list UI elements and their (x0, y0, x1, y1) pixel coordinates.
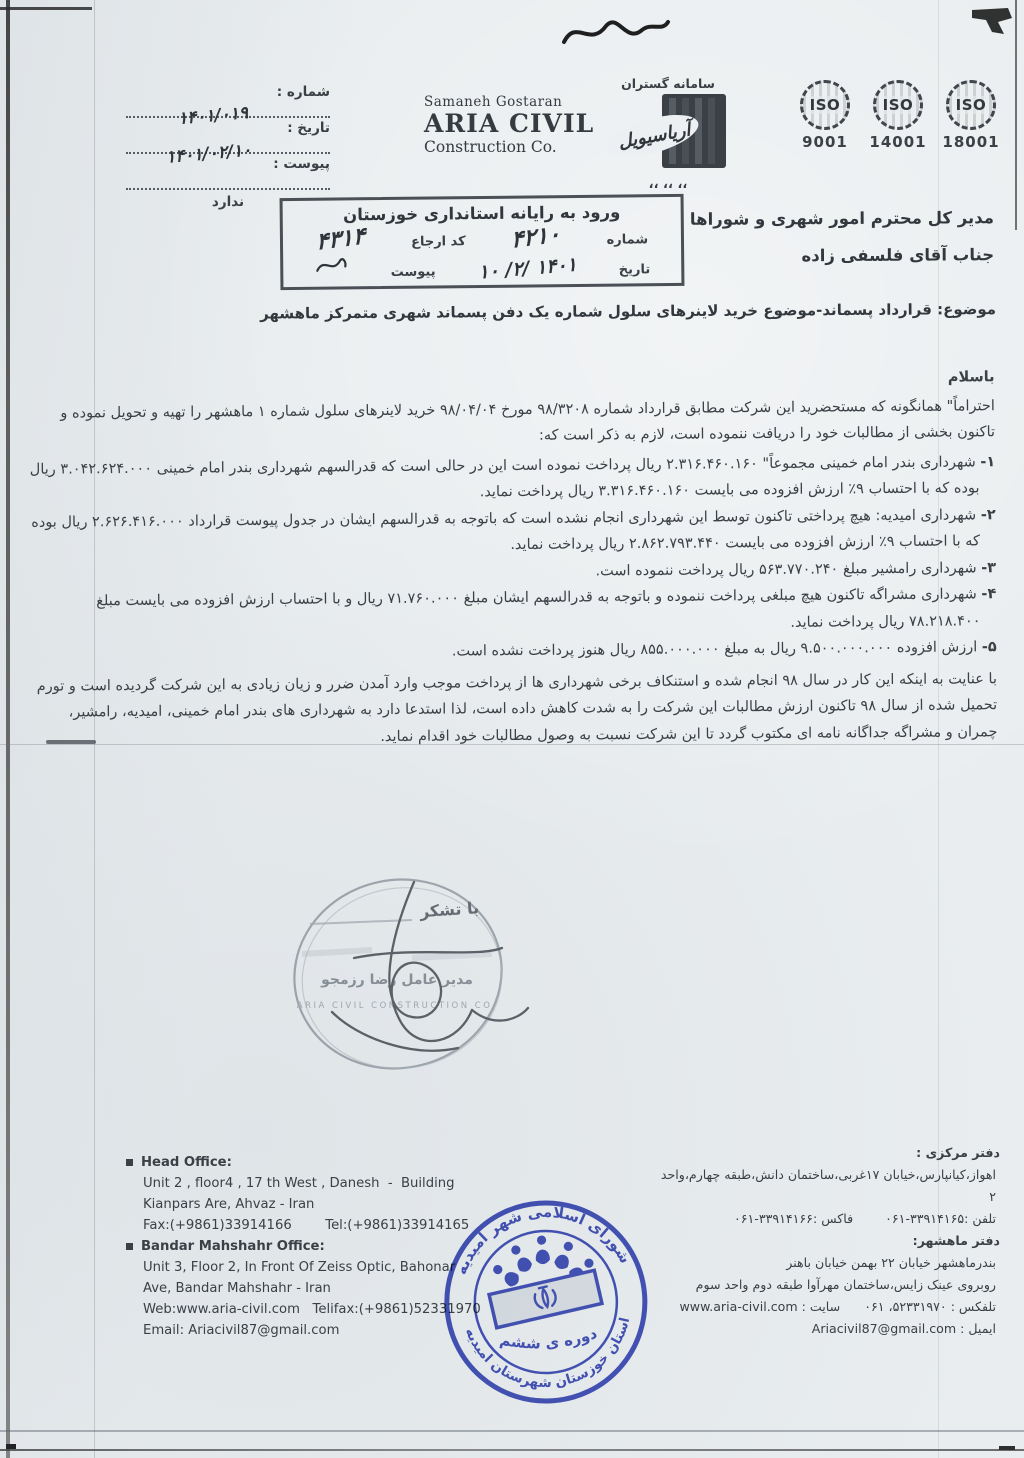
governorate-entry-stamp: ورود به رایانه استانداری خوزستان شماره ۴… (280, 194, 685, 290)
iso-certifications: ISO 9001 ISO 14001 ISO 18001 (796, 80, 1008, 151)
entry-refcode-value: ۴۳۱۴ (316, 223, 366, 256)
scan-edge-right (1015, 0, 1017, 230)
iso-label: ISO (955, 96, 988, 114)
entry-refcode-label: کد ارجاع (411, 234, 466, 250)
handwritten-scribble-icon (314, 254, 348, 276)
entry-attachment-label: پیوست (391, 264, 436, 279)
ref-number-label: شماره : (277, 84, 330, 100)
item-text: ارزش افزوده ۹.۵۰۰.۰۰۰.۰۰۰ ریال به مبلغ ۸… (452, 639, 978, 659)
mahshahr-office-title: دفتر ماهشهر: (658, 1230, 1000, 1252)
bullet-square-icon (126, 1243, 133, 1250)
scan-corner-blob-icon (968, 6, 1014, 36)
list-item: ۲- شهرداری امیدیه: هیچ پرداختی تاکنون تو… (28, 502, 996, 563)
entry-stamp-date-row: تاریخ ۱۴۰۱ /۲/ ۱۰ پیوست (293, 251, 671, 282)
scanned-letter-page: شماره : تاریخ : پیوست : ۱۴۰۱/۰۱۹ ۱۴۰۱/۰۲… (0, 0, 1024, 1458)
head-office-title: Head Office: (141, 1152, 232, 1173)
iso-globe-icon: ISO (946, 80, 996, 130)
logo-company-name: ARIA CIVIL (424, 110, 602, 138)
stamp-term-text: دوره ی ششم (497, 1324, 600, 1356)
scan-scribble-icon (560, 14, 672, 52)
entry-stamp-title: ورود به رایانه استانداری خوزستان (293, 202, 671, 225)
ref-attachment-label: پیوست : (273, 156, 330, 172)
entry-date-label: تاریخ (619, 262, 651, 277)
letter-body: باسلام احتراماً" همانگونه که مستحضرید ای… (27, 364, 998, 753)
iso-9001-badge: ISO 9001 (796, 80, 854, 151)
iso-label: ISO (882, 96, 915, 114)
recipient-line1: مدیر کل محترم امور شهری و شوراها (690, 199, 994, 238)
logo-mark: سامانه گستران آریاسیویل ،، ،، ،، (606, 76, 730, 192)
scan-corner-mark (6, 1444, 16, 1449)
branch-office-title: Bandar Mahshahr Office: (141, 1236, 325, 1257)
item-number: ۵- (982, 639, 997, 655)
iso-number: 9001 (796, 133, 854, 151)
mahshahr-office-email: ایمیل : Ariacivil87@gmail.com (658, 1318, 1000, 1340)
logo-tick-marks: ،، ،، ،، (606, 177, 730, 192)
claims-list: ۱- شهرداری بندر امام خمینی مجموعاً" ۲.۳۱… (27, 449, 997, 669)
central-office-address: اهواز،کیانپارس،خیابان ۱۷غربی،ساختمان دان… (658, 1164, 1000, 1208)
company-seal-and-signature: با تشکر مدیر عامل رضا رزمجو ARIA CIVIL C… (262, 862, 538, 1094)
item-number: ۳- (981, 560, 996, 576)
subject-line: موضوع: قرارداد پسماند-موضوع خرید لاینرها… (28, 300, 996, 324)
item-text: شهرداری امیدیه: هیچ پرداختی تاکنون توسط … (31, 507, 980, 553)
item-text: شهرداری بندر امام خمینی مجموعاً" ۲.۳۱۶.۴… (30, 454, 980, 500)
entry-number-value: ۴۲۱۰ (511, 221, 561, 254)
iso-globe-icon: ISO (800, 80, 850, 130)
logo-subtitle: Samaneh Gostaran (424, 94, 602, 110)
iso-14001-badge: ISO 14001 (869, 80, 927, 151)
scan-edge-bottom (0, 1449, 1024, 1451)
scan-edge-top (0, 7, 92, 10)
scan-corner-mark (999, 1446, 1015, 1450)
logo-company-type: Construction Co. (424, 138, 602, 156)
central-office-title: دفتر مرکزی : (658, 1142, 1000, 1164)
item-number: ۴- (981, 586, 996, 602)
iso-number: 14001 (869, 133, 927, 151)
ref-date-label: تاریخ : (287, 120, 330, 136)
closing-paragraph: با عنایت به اینکه این کار در سال ۹۸ انجا… (29, 666, 998, 753)
logo-english-text: Samaneh Gostaran ARIA CIVIL Construction… (424, 94, 602, 156)
iso-globe-icon: ISO (873, 80, 923, 130)
company-logo: Samaneh Gostaran ARIA CIVIL Construction… (424, 76, 730, 196)
mahshahr-office-address: روبروی عینک زایس،ساختمان مهرآوا طبقه دوم… (658, 1274, 1000, 1296)
list-item: ۴- شهرداری مشراگه تاکنون هیچ مبلغی پرداخ… (28, 581, 996, 642)
head-office-title-row: Head Office: (126, 1152, 562, 1173)
mahshahr-office-telfax-web: تلفکس : ۵۲۳۳۱۹۷۰، ۰۶۱ سایت : www.aria-ci… (658, 1296, 1000, 1318)
bullet-square-icon (126, 1159, 133, 1166)
recipient-block: مدیر کل محترم امور شهری و شوراها جناب آق… (690, 199, 994, 275)
entry-stamp-number-row: شماره ۴۲۱۰ کد ارجاع ۴۳۱۴ (293, 223, 671, 253)
iso-label: ISO (809, 96, 842, 114)
item-text: شهرداری رامشیر مبلغ ۵۶۳.۷۷۰.۲۴۰ ریال پرد… (595, 560, 976, 579)
item-number: ۱- (980, 454, 995, 470)
iso-18001-badge: ISO 18001 (942, 80, 1000, 151)
central-office-phone-fax: تلفن :۳۳۹۱۴۱۶۵-۰۶۱ فاکس :۳۳۹۱۴۱۶۶-۰۶۱ (658, 1208, 1000, 1230)
islamic-council-stamp: شورای اسلامی شهر امیدیه استان خوزستان شه… (428, 1173, 665, 1436)
logo-emblem-icon: آریاسیویل (606, 92, 730, 176)
seal-thanks-text: با تشکر (418, 898, 479, 921)
scan-edge-left (6, 0, 10, 1458)
entry-number-label: شماره (607, 232, 649, 247)
recipient-line2: جناب آقای فلسفی زاده (690, 236, 994, 275)
entry-date-value: ۱۴۰۱ /۲/ ۱۰ (477, 254, 577, 284)
intro-paragraph: احتراماً" همانگونه که مستحضرید این شرکت … (27, 393, 995, 454)
footer-persian: دفتر مرکزی : اهواز،کیانپارس،خیابان ۱۷غرب… (658, 1142, 1000, 1340)
iso-number: 18001 (942, 133, 1000, 151)
mahshahr-office-address: بندرماهشهر خیابان ۲۲ بهمن خیابان باهنر (658, 1252, 1000, 1274)
item-number: ۲- (981, 507, 996, 523)
logo-persian-title: سامانه گستران (606, 76, 730, 91)
item-text: شهرداری مشراگه تاکنون هیچ مبلغی پرداخت ن… (96, 586, 980, 630)
reference-block: شماره : تاریخ : پیوست : ۱۴۰۱/۰۱۹ ۱۴۰۱/۰۲… (126, 82, 330, 210)
list-item: ۱- شهرداری بندر امام خمینی مجموعاً" ۲.۳۱… (27, 449, 995, 510)
